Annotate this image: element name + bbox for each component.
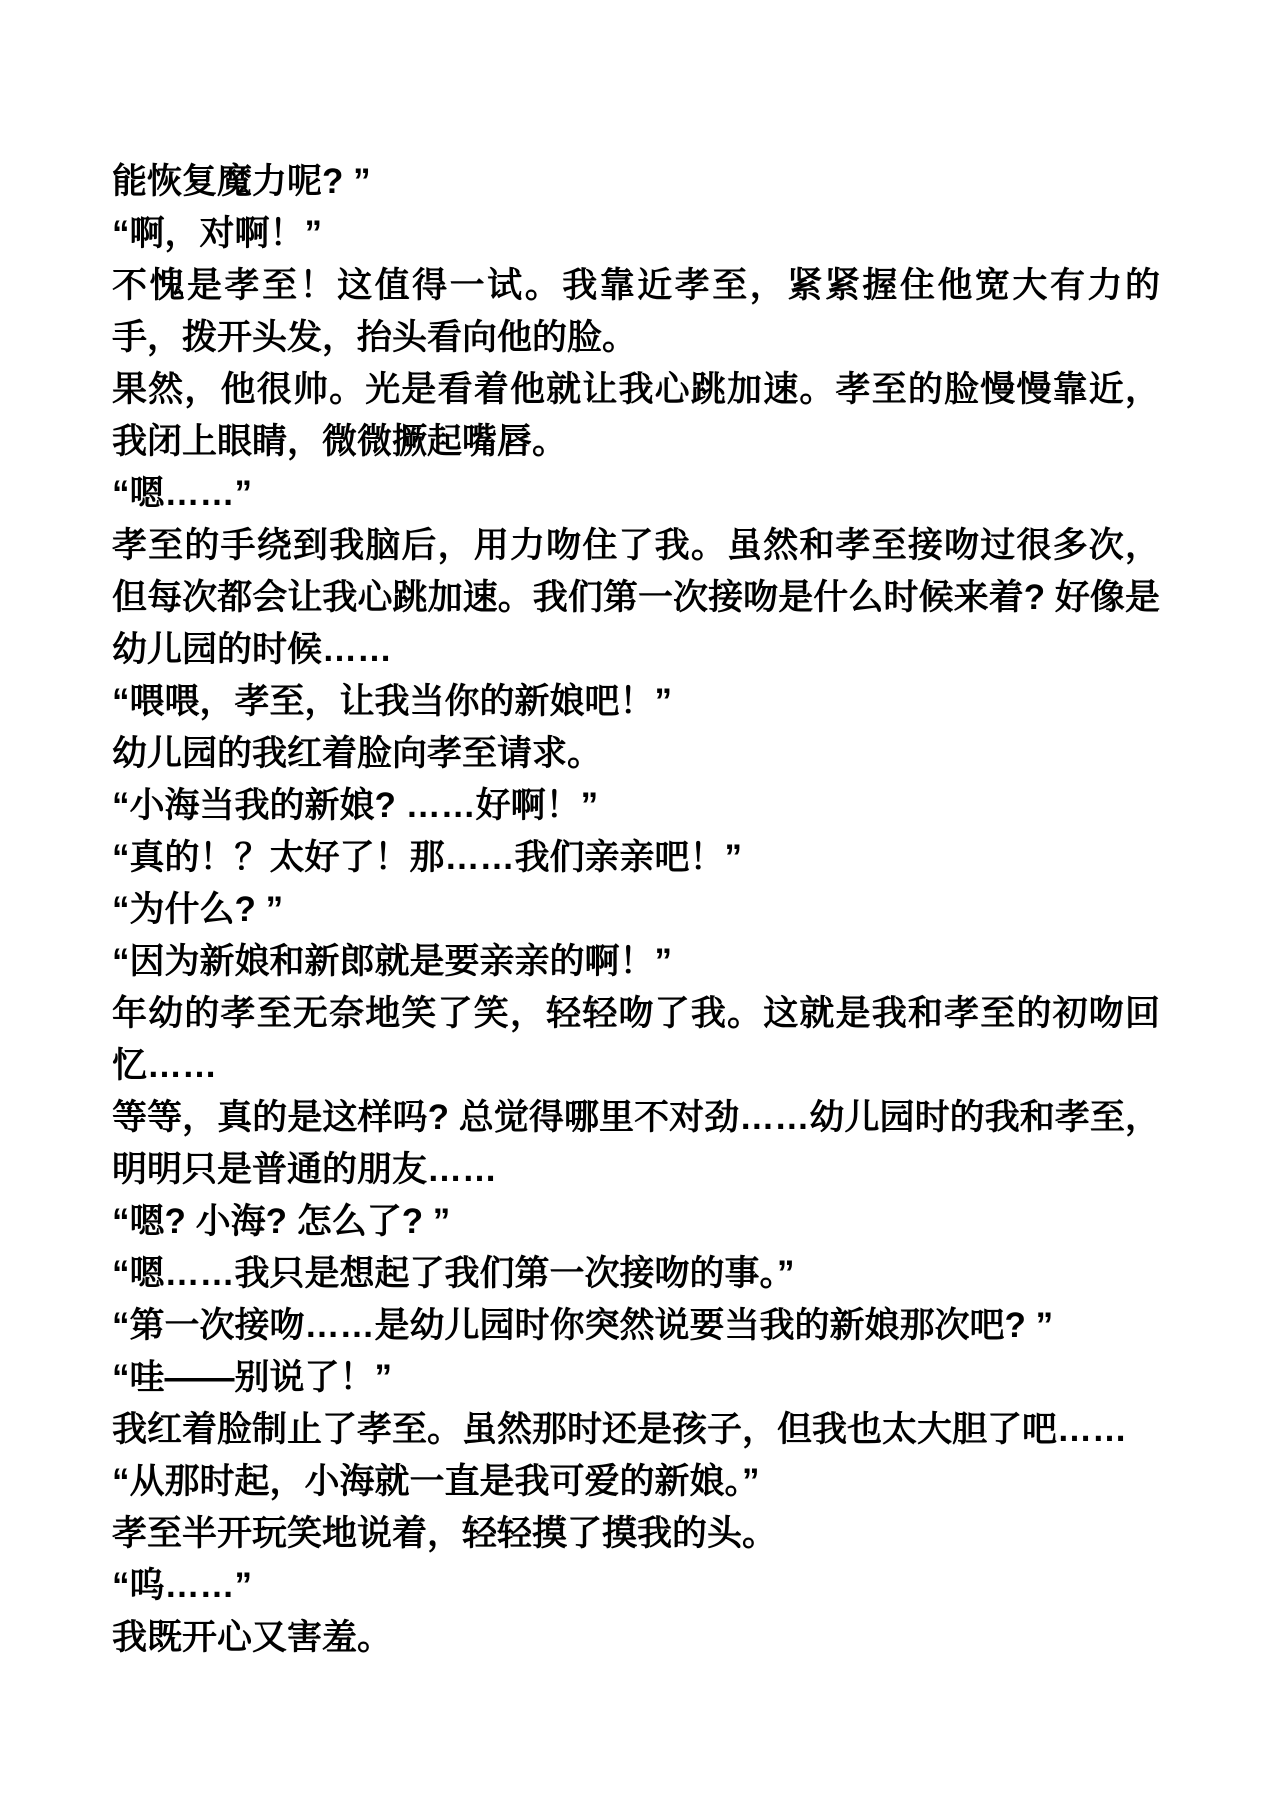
paragraph: “嗯……”: [112, 468, 1160, 520]
paragraph: “喂喂，孝至，让我当你的新娘吧！”: [112, 676, 1160, 728]
paragraph: “啊，对啊！”: [112, 208, 1160, 260]
paragraph: 我红着脸制止了孝至。虽然那时还是孩子，但我也太大胆了吧……: [112, 1404, 1160, 1456]
paragraph: 孝至半开玩笑地说着，轻轻摸了摸我的头。: [112, 1508, 1160, 1560]
paragraph: 我既开心又害羞。: [112, 1612, 1160, 1664]
paragraph: “嗯? 小海? 怎么了? ”: [112, 1196, 1160, 1248]
paragraph: 能恢复魔力呢? ”: [112, 156, 1160, 208]
paragraph: 孝至的手绕到我脑后，用力吻住了我。虽然和孝至接吻过很多次，但每次都会让我心跳加速…: [112, 520, 1160, 676]
novel-page: 能恢复魔力呢? ” “啊，对啊！” 不愧是孝至！这值得一试。我靠近孝至，紧紧握住…: [0, 0, 1280, 1810]
paragraph: “第一次接吻……是幼儿园时你突然说要当我的新娘那次吧? ”: [112, 1300, 1160, 1352]
paragraph: “因为新娘和新郎就是要亲亲的啊！”: [112, 936, 1160, 988]
paragraph: “从那时起，小海就一直是我可爱的新娘。”: [112, 1456, 1160, 1508]
paragraph: “小海当我的新娘? ……好啊！”: [112, 780, 1160, 832]
paragraph: “真的！？太好了！那……我们亲亲吧！”: [112, 832, 1160, 884]
novel-text-block: 能恢复魔力呢? ” “啊，对啊！” 不愧是孝至！这值得一试。我靠近孝至，紧紧握住…: [112, 156, 1160, 1664]
paragraph: 幼儿园的我红着脸向孝至请求。: [112, 728, 1160, 780]
paragraph: 等等，真的是这样吗? 总觉得哪里不对劲……幼儿园时的我和孝至，明明只是普通的朋友…: [112, 1092, 1160, 1196]
paragraph: 不愧是孝至！这值得一试。我靠近孝至，紧紧握住他宽大有力的手，拨开头发，抬头看向他…: [112, 260, 1160, 364]
paragraph: “为什么? ”: [112, 884, 1160, 936]
paragraph: “呜……”: [112, 1560, 1160, 1612]
paragraph: “嗯……我只是想起了我们第一次接吻的事。”: [112, 1248, 1160, 1300]
paragraph: “哇——别说了！”: [112, 1352, 1160, 1404]
paragraph: 果然，他很帅。光是看着他就让我心跳加速。孝至的脸慢慢靠近，我闭上眼睛，微微撅起嘴…: [112, 364, 1160, 468]
paragraph: 年幼的孝至无奈地笑了笑，轻轻吻了我。这就是我和孝至的初吻回忆……: [112, 988, 1160, 1092]
